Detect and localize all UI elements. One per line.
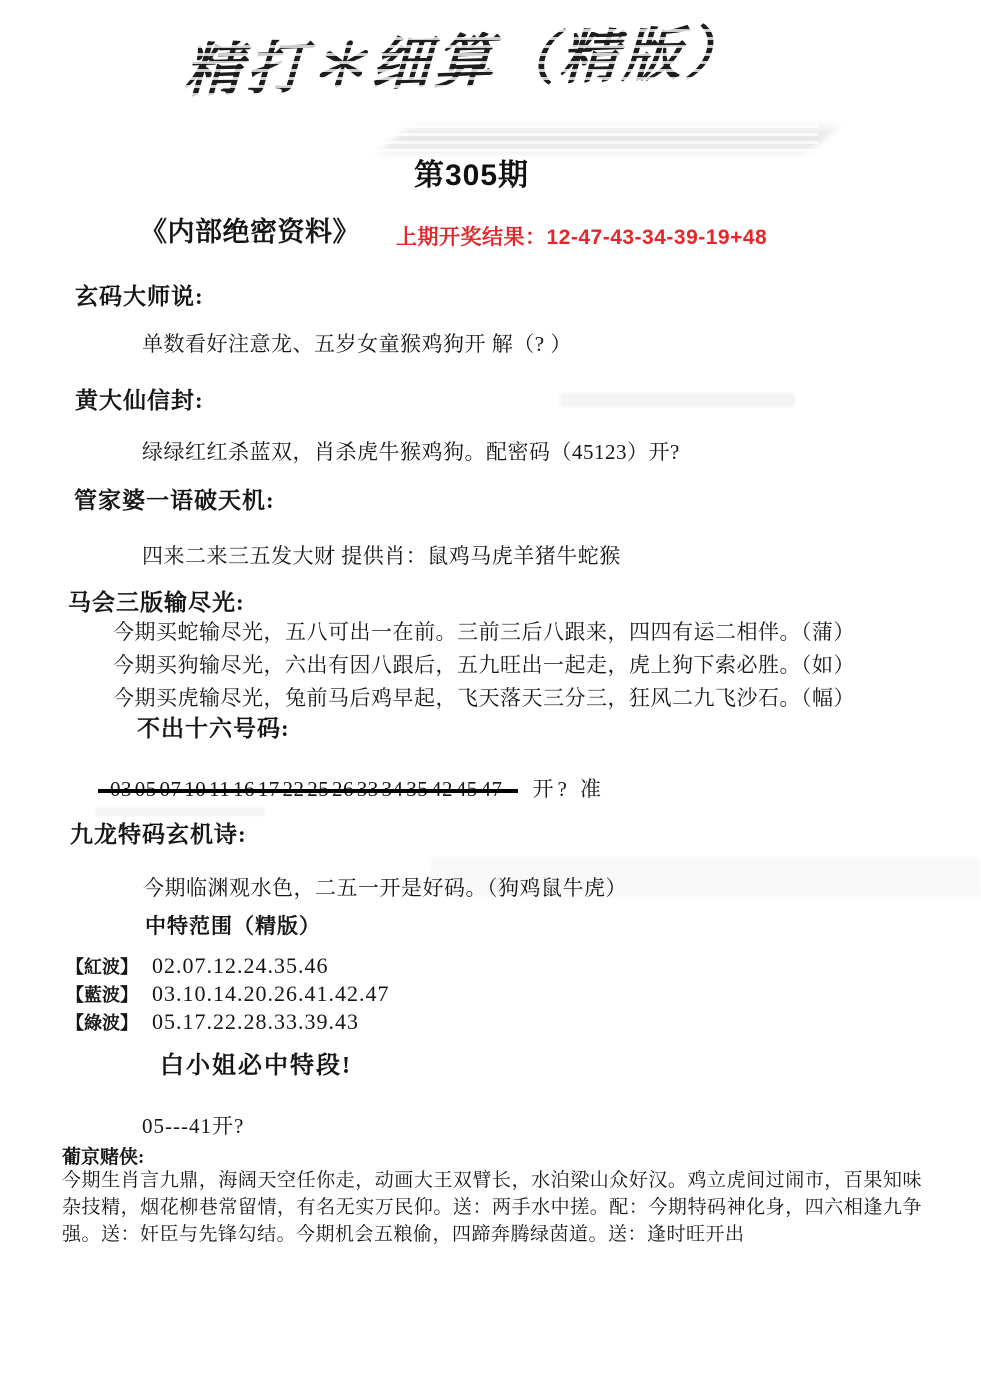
pujing-verse-paragraph: 今期生肖言九鼎，海阔天空任你走，动画大王双臂长，水泊梁山众好汉。鸡立虎间过闹市，… <box>62 1167 922 1248</box>
subheading-zhongte-range: 中特范围（精版） <box>145 910 321 940</box>
excluded-numbers-struck: 03 05 07 10 11 16 17 22 25 26 33 34 35 4… <box>110 777 502 802</box>
section-heading-huangdaxian: 黄大仙信封: <box>75 382 204 415</box>
red-wave-numbers: 02.07.12.24.35.46 <box>152 953 329 979</box>
baixiaojie-heading: 白小姐必中特段! <box>160 1045 352 1080</box>
last-draw-result: 上期开奖结果：12-47-43-34-39-19+48 <box>396 221 767 251</box>
excluded-numbers-row: 03 05 07 10 11 16 17 22 25 26 33 34 35 4… <box>110 773 605 803</box>
xuanma-tip-text: 单数看好注意龙、五岁女童猴鸡狗开 解（? ） <box>142 328 572 358</box>
huangdaxian-tip-text: 绿绿红红杀蓝双，肖杀虎牛猴鸡狗。配密码（45123）开? <box>142 436 680 466</box>
jiulong-verse-text: 今期临渊观水色，二五一开是好码。（狗鸡鼠牛虎） <box>143 872 627 902</box>
masthead: 精打＊细算（精版） <box>178 24 818 159</box>
scan-artifact <box>560 393 795 407</box>
section-heading-pujing: 葡京赌侠: <box>62 1142 144 1169</box>
blue-wave-label: 【藍波】 <box>66 981 138 1007</box>
issue-number: 第305期 <box>414 150 529 194</box>
mahui-verse-line: 今期买蛇输尽光，五八可出一在前。三前三后八跟来，四四有运二相伴。（蒲） <box>113 616 855 646</box>
section-heading-jiulong: 九龙特码玄机诗: <box>70 816 247 849</box>
strikethrough-line <box>98 789 518 793</box>
section-heading-guanjiapo: 管家婆一语破天机: <box>74 482 275 515</box>
blue-wave-numbers: 03.10.14.20.26.41.42.47 <box>152 981 390 1007</box>
document-page: 精打＊细算（精版） 第305期 《内部绝密资料》 上期开奖结果：12-47-43… <box>0 0 981 1388</box>
section-heading-mahui: 马会三版输尽光: <box>68 584 245 617</box>
green-wave-label: 【綠波】 <box>66 1009 138 1035</box>
scan-artifact <box>95 807 265 816</box>
section-heading-xuanma: 玄码大师说: <box>75 278 204 311</box>
green-wave-numbers: 05.17.22.28.33.39.43 <box>152 1009 359 1035</box>
red-wave-label: 【紅波】 <box>66 953 138 979</box>
mahui-verse-line: 今期买虎输尽光，兔前马后鸡早起，飞天落天三分三，狂风二九飞沙石。（幅） <box>113 682 855 712</box>
doc-label: 《内部绝密资料》 <box>140 210 360 249</box>
mahui-verse-line: 今期买狗输尽光，六出有因八跟后，五九旺出一起走，虎上狗下索必胜。（如） <box>113 649 855 679</box>
baixiaojie-segment-text: 05---41开? <box>142 1110 244 1140</box>
guanjiapo-tip-text: 四来二来三五发大财 提供肖：鼠鸡马虎羊猪牛蛇猴 <box>142 540 621 570</box>
title-smudge-artifact <box>380 128 837 152</box>
excluded-numbers-suffix: 开? 准 <box>532 777 605 801</box>
masthead-title: 精打＊细算（精版） <box>178 2 849 108</box>
section-heading-excluded-numbers: 不出十六号码: <box>137 710 290 743</box>
